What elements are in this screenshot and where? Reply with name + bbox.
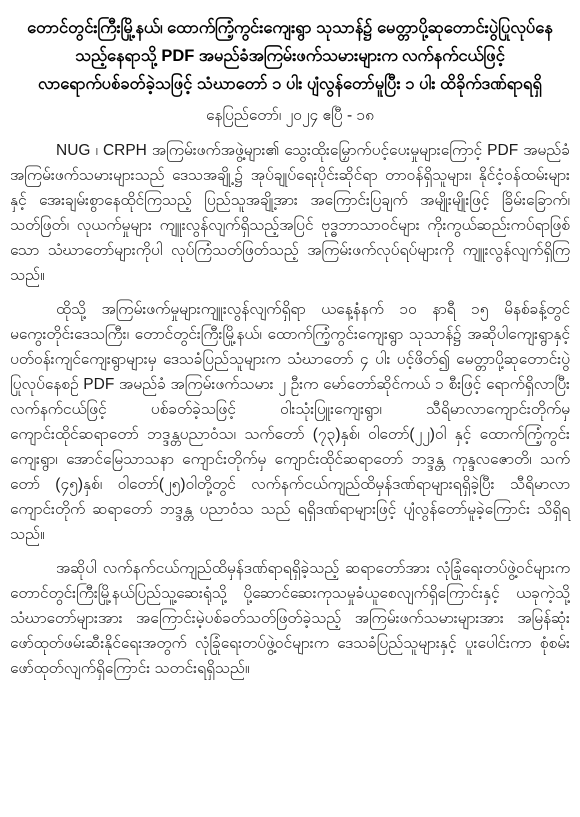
headline: တောင်တွင်းကြီးမြို့နယ်၊ ထောက်ကြံ့ကွင်းကျ… [24,14,556,98]
body-paragraph-1: NUG ၊ CRPH အကြမ်းဖက်အဖွဲ့များ၏ သွေးထိုးမ… [10,138,570,288]
headline-line-3: လာရောက်ပစ်ခတ်ခဲ့သဖြင့် သံဃာတော် ၁ ပါး ပျ… [24,70,556,98]
body-paragraph-2: ထိုသို့ အကြမ်းဖက်မှုများကျူးလွန်လျက်ရှိရ… [10,297,570,547]
dateline: နေပြည်တော်၊ ၂၀၂၄ ဧပြီ - ၁၈ [10,104,570,128]
body-paragraph-3: အဆိုပါ လက်နက်ငယ်ကျည်ထိမှန်ဒဏ်ရာရရှိခဲ့သည… [10,556,570,681]
headline-line-1: တောင်တွင်းကြီးမြို့နယ်၊ ထောက်ကြံ့ကွင်းကျ… [24,14,556,42]
article-body: NUG ၊ CRPH အကြမ်းဖက်အဖွဲ့များ၏ သွေးထိုးမ… [10,138,570,681]
news-document: တောင်တွင်းကြီးမြို့နယ်၊ ထောက်ကြံ့ကွင်းကျ… [0,0,580,817]
headline-line-2: သည့်နေရာသို့ PDF အမည်ခံအကြမ်းဖက်သမားများ… [24,42,556,70]
